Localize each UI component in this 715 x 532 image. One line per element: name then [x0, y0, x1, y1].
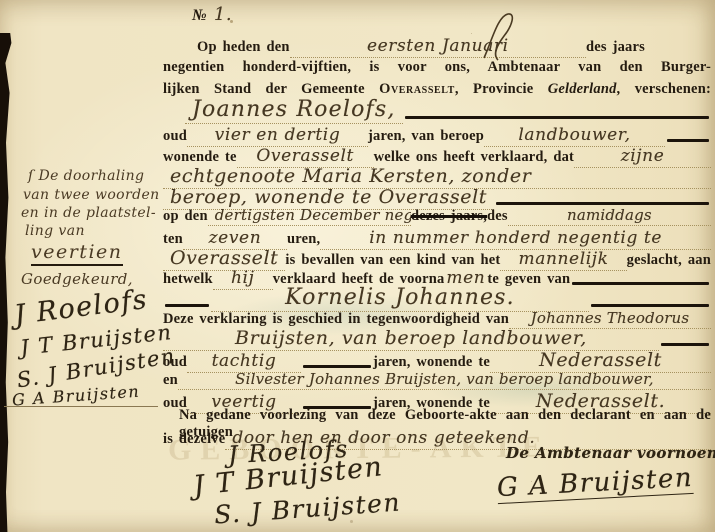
struck-text: dezes jaars,: [411, 208, 487, 225]
declarant-age: vier en dertig: [187, 125, 368, 147]
handwritten-date: eersten Januari: [290, 36, 586, 58]
printed-text: en: [163, 372, 178, 389]
witness1-surname-occupation: Bruijsten, van beroep landbouwer,: [163, 327, 659, 351]
body-line-9: op den dertigsten December negentien hon…: [163, 206, 711, 226]
ink-dash: [661, 343, 709, 346]
official-title: De Ambtenaar voornoemd,: [506, 444, 715, 462]
body-line-2: negentien honderd-vijftien, is voor ons,…: [163, 59, 711, 76]
printed-text: Deze verklaring is geschied in tegenwoor…: [163, 311, 509, 328]
printed-text: des jaars: [586, 39, 645, 56]
day-part: namiddags: [508, 206, 711, 226]
ink-dash: [496, 202, 709, 205]
printed-text: des: [487, 208, 508, 225]
printed-text: ten: [163, 231, 183, 248]
margin-approval: Goedgekeurd,: [21, 270, 133, 288]
number-label: №: [192, 7, 207, 25]
province-name: Gelderland: [548, 81, 617, 97]
printed-text: Op heden den: [197, 39, 290, 56]
printed-text: uren,: [287, 231, 320, 248]
margin-note-line: ſ De doorhaling: [28, 168, 144, 184]
body-line-13: Kornelis Johannes.: [163, 285, 711, 312]
margin-note-line: en in de plaatstel-: [21, 205, 156, 221]
child-name: Kornelis Johannes.: [211, 285, 589, 312]
birth-certificate-page: GEBOORTE-AKTE № 1. Op heden den eersten …: [0, 0, 715, 532]
reference-mark: ſ: [28, 168, 34, 184]
witness2-name-occupation: Silvester Johannes Bruijsten, van beroep…: [178, 370, 711, 390]
printed-text: op den: [163, 208, 208, 225]
printed-text: jaren, van beroep: [368, 128, 484, 145]
margin-note-text: De doorhaling: [38, 168, 144, 184]
ink-dash: [667, 139, 709, 142]
number-value: 1.: [207, 4, 239, 26]
body-line-4: Joannes Roelofs,: [185, 97, 711, 124]
printed-text: is bevallen van een kind van het: [285, 252, 500, 269]
witness1-firstnames: Johannes Theodorus: [509, 309, 711, 329]
ink-dash: [405, 116, 709, 119]
body-line-5: oud vier en dertig jaren, van beroep lan…: [163, 125, 711, 147]
margin-note-line: ling van: [25, 223, 85, 239]
printed-text: , verschenen:: [617, 81, 711, 97]
body-line-17: en Silvester Johannes Bruijsten, van ber…: [163, 370, 711, 390]
act-number: № 1.: [192, 4, 332, 26]
declarant-occupation: landbouwer,: [484, 125, 665, 147]
printed-text: , Provincie: [455, 81, 548, 97]
body-line-3: lijken Stand der Gemeente Overasselt, Pr…: [163, 81, 711, 98]
birth-date: dertigsten December negentien honderd: [208, 206, 411, 226]
body-line-14: Deze verklaring is geschied in tegenwoor…: [163, 309, 711, 329]
declarant-name: Joannes Roelofs,: [185, 97, 403, 124]
printed-text: oud: [163, 128, 187, 145]
printed-text: jaren, wonende te: [373, 354, 490, 371]
printed-text: geslacht, aan: [627, 252, 711, 269]
ink-dash: [303, 365, 371, 368]
ink-dash: [591, 304, 709, 307]
book-binding-edge: [0, 33, 12, 532]
margin-note-line: van twee woorden: [23, 187, 160, 203]
printed-text: is dezelve: [163, 431, 225, 448]
margin-inserted-word: veertien: [31, 241, 123, 266]
body-line-15: Bruijsten, van beroep landbouwer,: [163, 327, 711, 351]
ink-dash: [165, 304, 209, 307]
gemeente-name: Overasselt: [379, 81, 455, 97]
signature-official: G A Bruijsten: [496, 463, 694, 504]
printed-text: lijken Stand der Gemeente: [163, 81, 379, 97]
margin-divider-line: [4, 406, 158, 407]
printed-text: welke ons heeft verklaard, dat: [374, 149, 574, 166]
body-line-1: Op heden den eersten Januari des jaars: [197, 36, 645, 58]
printed-text: wonende te: [163, 149, 237, 166]
